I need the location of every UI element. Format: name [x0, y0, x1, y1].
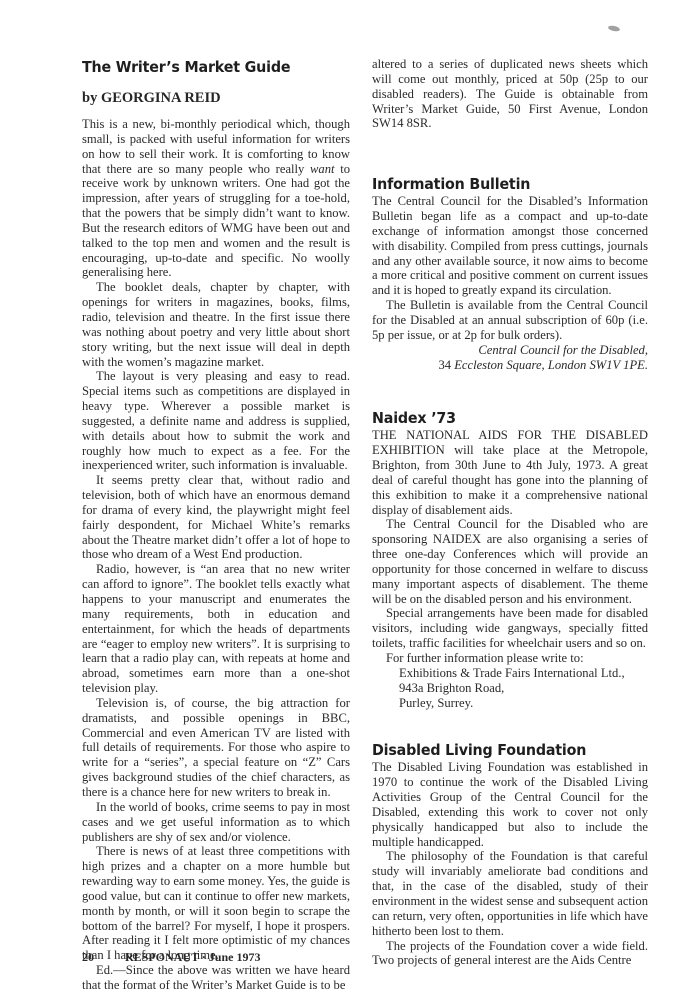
paragraph: The layout is very pleasing and easy to …	[82, 369, 350, 473]
address-line: Central Council for the Disabled,	[372, 343, 648, 358]
article-title-naidex: Naidex ’73	[372, 408, 626, 428]
address-line: Purley, Surrey.	[372, 696, 648, 711]
right-column: altered to a series of duplicated news s…	[372, 57, 648, 968]
byline: by GEORGINA REID	[82, 89, 350, 107]
paragraph: The philosophy of the Foundation is that…	[372, 849, 648, 938]
paragraph: Special arrangements have been made for …	[372, 606, 648, 651]
editor-note-continued: altered to a series of duplicated news s…	[372, 57, 648, 131]
paragraph: This is a new, bi-monthly periodical whi…	[82, 117, 350, 280]
paragraph: The Bulletin is available from the Centr…	[372, 298, 648, 343]
write-to-line: For further information please write to:	[372, 651, 648, 666]
paragraph: In the world of books, crime seems to pa…	[82, 800, 350, 845]
article-title-writers-guide: The Writer’s Market Guide	[82, 57, 329, 77]
scan-mark	[608, 25, 621, 32]
paragraph: Television is, of course, the big attrac…	[82, 696, 350, 800]
article-title-information-bulletin: Information Bulletin	[372, 174, 626, 194]
paragraph: The projects of the Foundation cover a w…	[372, 939, 648, 969]
paragraph: The Central Council for the Disabled who…	[372, 517, 648, 606]
publication-line: RESPONAUT · June 1973	[125, 950, 260, 964]
paragraph: The booklet deals, chapter by chapter, w…	[82, 280, 350, 369]
paragraph: THE NATIONAL AIDS FOR THE DISABLED EXHIB…	[372, 428, 648, 517]
address-line: Exhibitions & Trade Fairs International …	[372, 666, 648, 681]
page-footer: 20 RESPONAUT · June 1973	[82, 950, 260, 965]
left-column: The Writer’s Market Guide by GEORGINA RE…	[82, 57, 350, 993]
paragraph: The Central Council for the Disabled’s I…	[372, 194, 648, 298]
article-title-disabled-living-foundation: Disabled Living Foundation	[372, 740, 626, 760]
address-line: 943a Brighton Road,	[372, 681, 648, 696]
paragraph: It seems pretty clear that, without radi…	[82, 473, 350, 562]
paragraph: Radio, however, is “an area that no new …	[82, 562, 350, 696]
paragraph: The Disabled Living Foundation was estab…	[372, 760, 648, 849]
paragraph: There is news of at least three competit…	[82, 844, 350, 963]
address-line: 34 Eccleston Square, London SW1V 1PE.	[372, 358, 648, 373]
editor-note-paragraph: Ed.—Since the above was written we have …	[82, 963, 350, 993]
page-number: 20	[82, 950, 122, 965]
